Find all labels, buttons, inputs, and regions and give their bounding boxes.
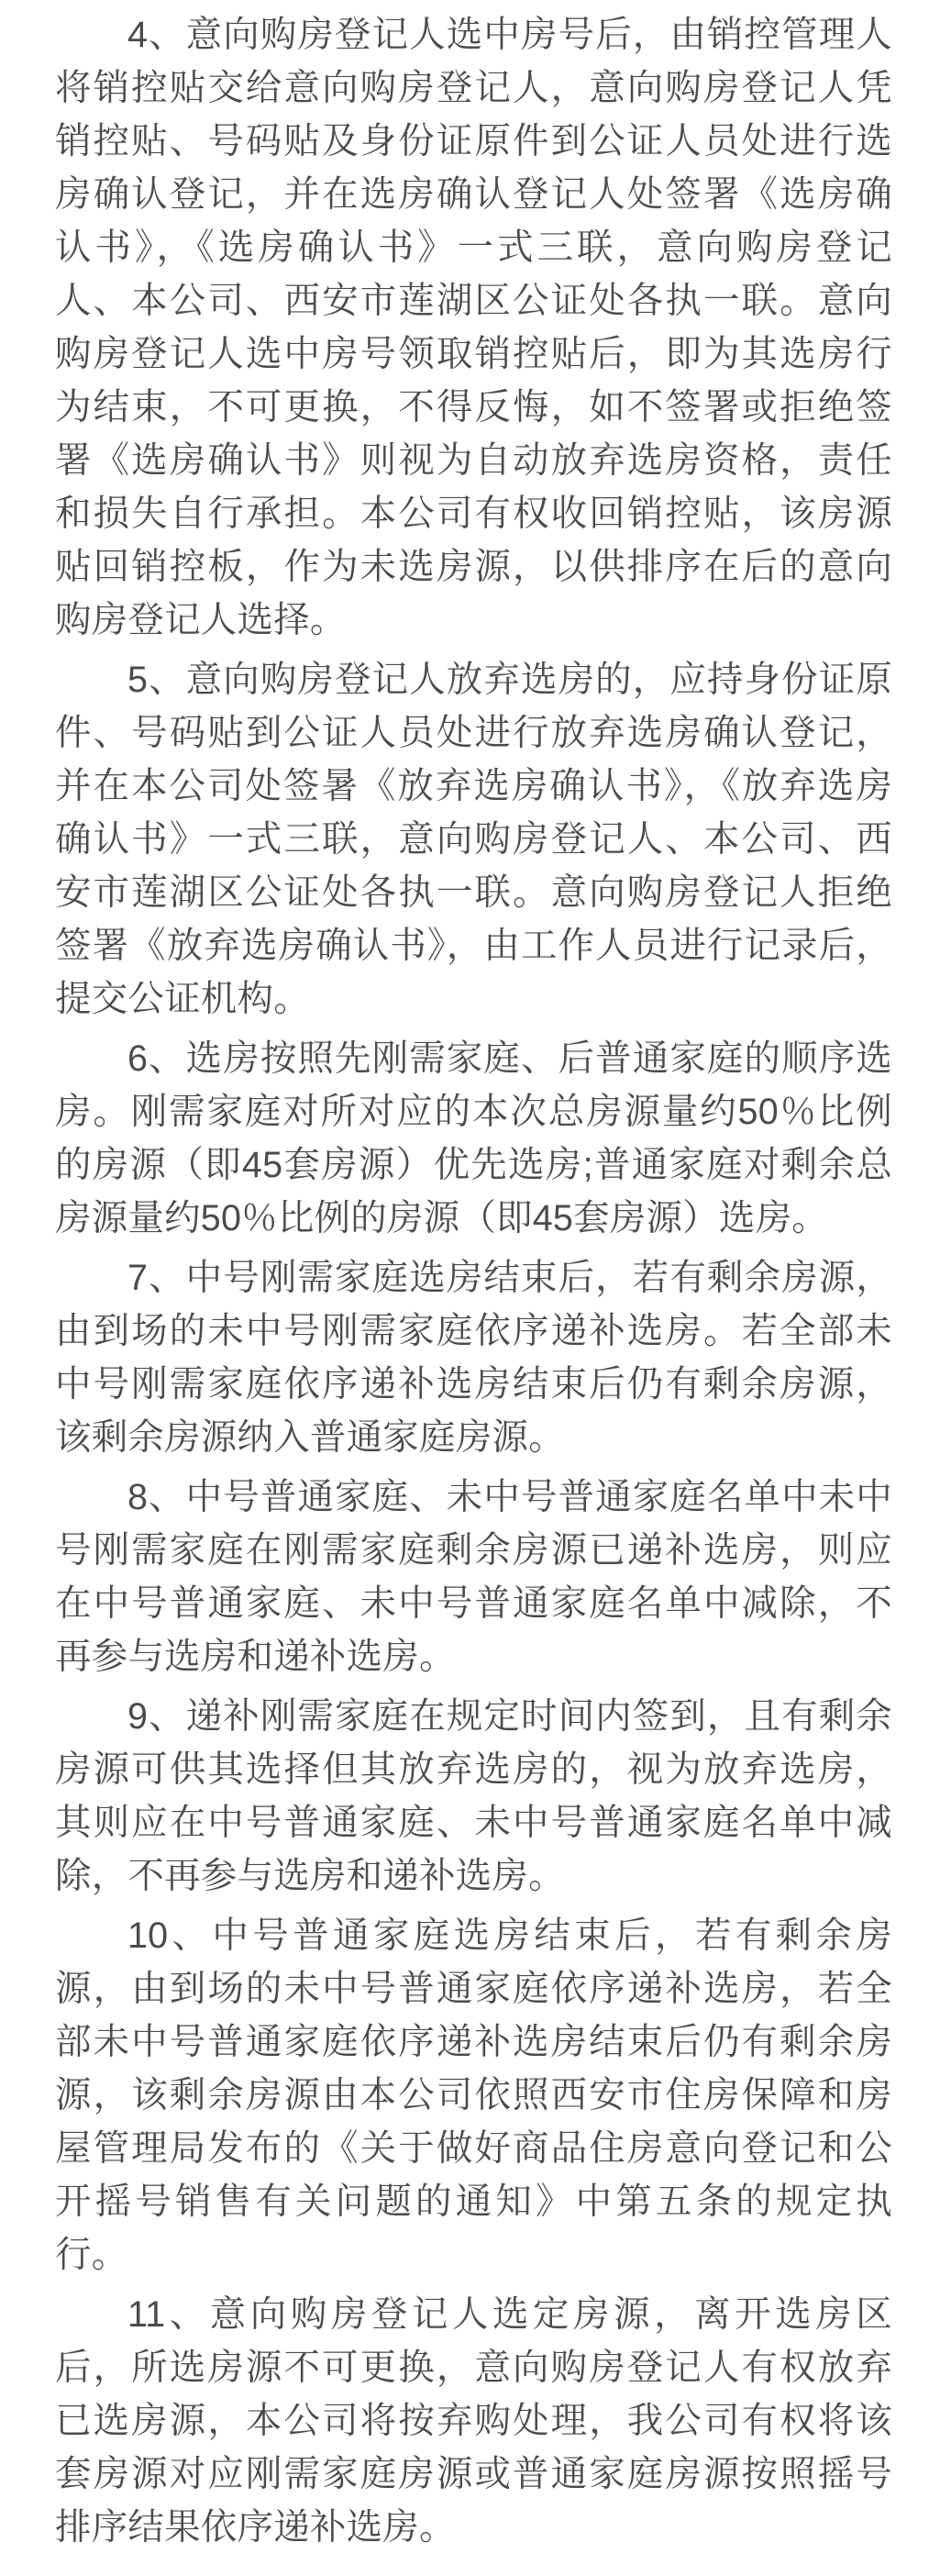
clause-10-paragraph: 10、中号普通家庭选房结束后，若有剩余房源，由到场的未中号普通家庭依序递补选房，… xyxy=(55,1909,892,2282)
clause-5-paragraph: 5、意向购房登记人放弃选房的，应持身份证原件、号码贴到公证人员处进行放弃选房确认… xyxy=(55,653,892,1026)
clause-4-paragraph: 4、意向购房登记人选中房号后，由销控管理人将销控贴交给意向购房登记人，意向购房登… xyxy=(55,8,892,647)
clause-9-paragraph: 9、递补刚需家庭在规定时间内签到，且有剩余房源可供其选择但其放弃选房的，视为放弃… xyxy=(55,1690,892,1903)
clause-11-paragraph: 11、意向购房登记人选定房源，离开选房区后，所选房源不可更换，意向购房登记人有权… xyxy=(55,2288,892,2554)
clause-8-paragraph: 8、中号普通家庭、未中号普通家庭名单中未中号刚需家庭在刚需家庭剩余房源已递补选房… xyxy=(55,1471,892,1683)
document-body: 4、意向购房登记人选中房号后，由销控管理人将销控贴交给意向购房登记人，意向购房登… xyxy=(55,8,892,2554)
clause-7-paragraph: 7、中号刚需家庭选房结束后，若有剩余房源，由到场的未中号刚需家庭依序递补选房。若… xyxy=(55,1251,892,1464)
clause-6-paragraph: 6、选房按照先刚需家庭、后普通家庭的顺序选房。刚需家庭对所对应的本次总房源量约5… xyxy=(55,1032,892,1245)
document-page: 4、意向购房登记人选中房号后，由销控管理人将销控贴交给意向购房登记人，意向购房登… xyxy=(0,0,929,2576)
